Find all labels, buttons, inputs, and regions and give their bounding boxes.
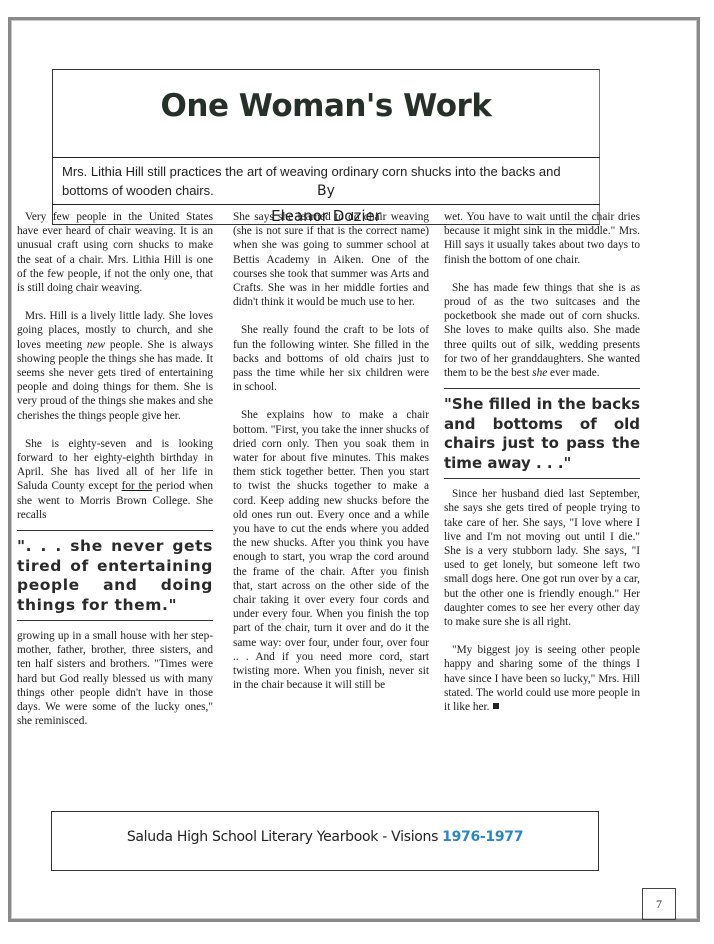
paragraph: "My biggest joy is seeing other people h… [444,643,640,714]
paragraph: wet. You have to wait until the chair dr… [444,210,640,267]
paragraph: She has made few things that she is as p… [444,281,640,380]
paragraph: She says she learned to do chair weaving… [233,210,429,309]
paragraph: Mrs. Hill is a lively little lady. She l… [17,309,213,423]
paragraph: She is eighty-seven and is looking forwa… [17,437,213,522]
footer-year: 1976-1977 [442,829,523,845]
paragraph: growing up in a small house with her ste… [17,629,213,728]
pull-quote: ". . . she never gets tired of entertain… [17,530,213,621]
paragraph: Very few people in the United States hav… [17,210,213,295]
column-3: wet. You have to wait until the chair dr… [444,210,640,728]
article-dek: Mrs. Lithia Hill still practices the art… [52,157,600,205]
column-2: She says she learned to do chair weaving… [233,210,429,707]
end-mark-icon [493,703,499,709]
article-title: One Woman's Work [53,88,599,124]
paragraph: She really found the craft to be lots of… [233,323,429,394]
pull-quote: "She filled in the backs and bottoms of … [444,388,640,479]
paragraph: She explains how to make a chair bottom.… [233,408,429,692]
footer-box: Saluda High School Literary Yearbook - V… [51,811,599,871]
page-number: 7 [642,888,676,920]
column-1: Very few people in the United States hav… [17,210,213,742]
paragraph: Since her husband died last September, s… [444,487,640,629]
footer-text: Saluda High School Literary Yearbook - V… [52,829,598,845]
